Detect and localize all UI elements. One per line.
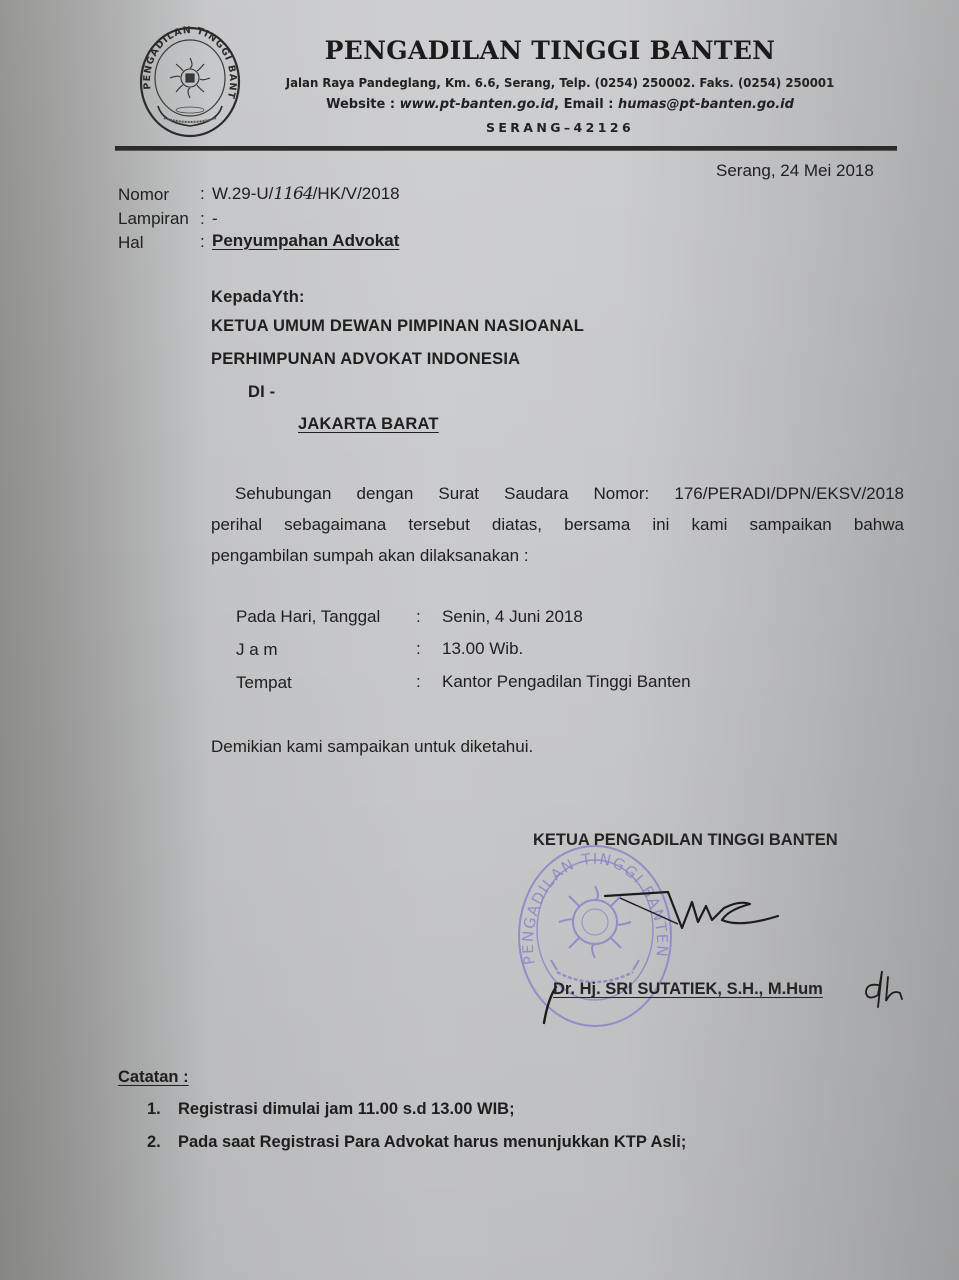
- letter-number: W.29-U/1164/HK/V/2018: [212, 184, 400, 204]
- email-label: , Email :: [554, 97, 618, 112]
- note-number: 1.: [147, 1100, 161, 1119]
- institution-address: Jalan Raya Pandeglang, Km. 6.6, Serang, …: [272, 75, 849, 90]
- place-date: Serang, 24 Mei 2018: [716, 161, 874, 181]
- closing-sentence: Demikian kami sampaikan untuk diketahui.: [211, 737, 533, 757]
- letter-number-handwritten: 1164: [273, 184, 312, 204]
- email-link[interactable]: humas@pt-banten.go.id: [618, 97, 794, 112]
- signatory-name: Dr. Hj. SRI SUTATIEK, S.H., M.Hum: [553, 980, 823, 999]
- subject-value: Penyumpahan Advokat: [212, 231, 399, 251]
- schedule-value-date: Senin, 4 Juni 2018: [442, 607, 583, 627]
- note-item: Pada saat Registrasi Para Advokat harus …: [178, 1133, 686, 1152]
- website-label: Website :: [326, 97, 399, 112]
- recipient-city: JAKARTA BARAT: [298, 415, 439, 434]
- schedule-sep: :: [416, 639, 421, 659]
- letter-number-suffix: /HK/V/2018: [313, 184, 400, 203]
- salutation: KepadaYth:: [211, 288, 305, 307]
- letterhead-divider: [115, 146, 897, 151]
- recipient-di: DI -: [248, 383, 275, 402]
- meta-sep: :: [200, 232, 205, 252]
- note-number: 2.: [147, 1133, 161, 1152]
- court-seal-icon: PENGADILAN TINGGI BANTEN: [138, 26, 242, 138]
- body-line-1: Sehubungan dengan Surat Saudara Nomor: 1…: [211, 478, 904, 510]
- body-line-3: pengambilan sumpah akan dilaksanakan :: [211, 540, 904, 572]
- schedule-label-time: J a m: [236, 640, 278, 660]
- initials-icon: [860, 965, 908, 1010]
- letter-number-prefix: W.29-U/: [212, 184, 273, 203]
- note-item: Registrasi dimulai jam 11.00 s.d 13.00 W…: [178, 1100, 515, 1119]
- website-link[interactable]: www.pt-banten.go.id: [400, 97, 555, 112]
- signatory-title: KETUA PENGADILAN TINGGI BANTEN: [533, 831, 838, 850]
- recipient-line-1: KETUA UMUM DEWAN PIMPINAN NASIOANAL: [211, 317, 584, 336]
- schedule-value-time: 13.00 Wib.: [442, 639, 523, 659]
- city-postcode: SERANG–42126: [250, 120, 870, 135]
- institution-name: PENGADILAN TINGGI BANTEN: [250, 36, 850, 65]
- meta-label-lampiran: Lampiran: [118, 209, 189, 229]
- schedule-sep: :: [416, 607, 421, 627]
- meta-sep: :: [200, 209, 205, 229]
- meta-sep: :: [200, 184, 205, 204]
- body-line-2: perihal sebagaimana tersebut diatas, ber…: [211, 509, 904, 541]
- schedule-label-date: Pada Hari, Tanggal: [236, 607, 380, 627]
- attachment-value: -: [212, 209, 218, 229]
- schedule-label-place: Tempat: [236, 673, 292, 693]
- body-text-1: Sehubungan dengan Surat Saudara Nomor: 1…: [235, 484, 904, 503]
- institution-contact: Website : www.pt-banten.go.id, Email : h…: [250, 97, 870, 112]
- schedule-value-place: Kantor Pengadilan Tinggi Banten: [442, 672, 691, 692]
- meta-label-hal: Hal: [118, 233, 144, 253]
- signature-icon: [600, 890, 800, 950]
- notes-title: Catatan :: [118, 1068, 189, 1087]
- recipient-line-2: PERHIMPUNAN ADVOKAT INDONESIA: [211, 350, 520, 369]
- meta-label-nomor: Nomor: [118, 185, 169, 205]
- schedule-sep: :: [416, 672, 421, 692]
